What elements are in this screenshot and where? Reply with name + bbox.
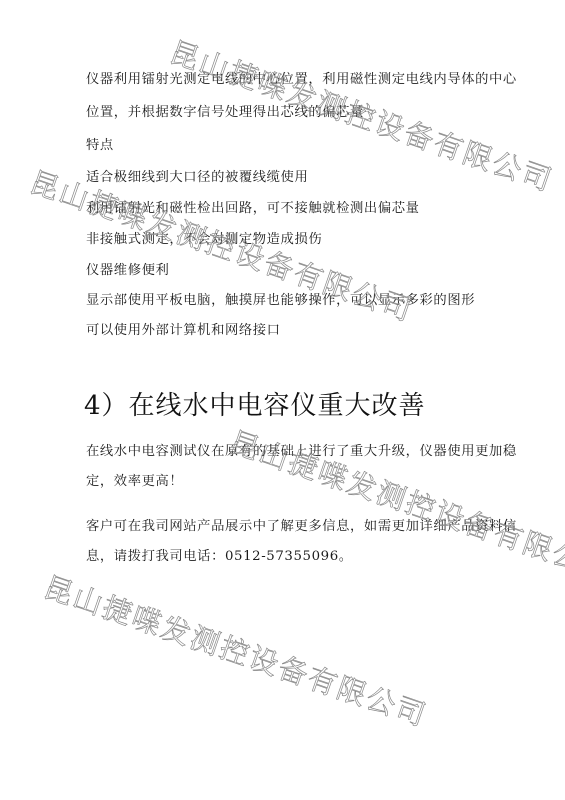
feature-item: 适合极细线到大口径的被覆线缆使用 <box>86 166 308 185</box>
feature-item: 仪器维修便利 <box>86 259 169 278</box>
body-line: 位置，并根据数字信号处理得出芯线的偏芯量 <box>86 101 364 120</box>
feature-item: 利用镭射光和磁性检出回路，可不接触就检测出偏芯量 <box>86 197 420 216</box>
feature-item: 非接触式测定，不会对测定物造成损伤 <box>86 228 322 247</box>
feature-item: 显示部使用平板电脑，触摸屏也能够操作，可以显示多彩的图形 <box>86 289 475 308</box>
section-heading: 4）在线水中电容仪重大改善 <box>84 385 426 422</box>
paragraph-line: 在线水中电容测试仪在原有的基础上进行了重大升级，仪器使用更加稳 <box>86 440 517 459</box>
paragraph-line: 定，效率更高！ <box>86 470 183 489</box>
body-line: 仪器利用镭射光测定电线的中心位置，利用磁性测定电线内导体的中心 <box>86 68 517 87</box>
document-page: 仪器利用镭射光测定电线的中心位置，利用磁性测定电线内导体的中心 位置，并根据数字… <box>0 0 565 800</box>
features-label: 特点 <box>86 134 114 153</box>
watermark: 昆山捷喋发测控设备有限公司 <box>39 565 433 735</box>
feature-item: 可以使用外部计算机和网络接口 <box>86 319 281 338</box>
contact-paragraph-line: 客户可在我司网站产品展示中了解更多信息，如需更加详细产品资料信 <box>86 515 517 534</box>
contact-paragraph-line: 息，请拨打我司电话：0512-57355096。 <box>86 545 353 564</box>
